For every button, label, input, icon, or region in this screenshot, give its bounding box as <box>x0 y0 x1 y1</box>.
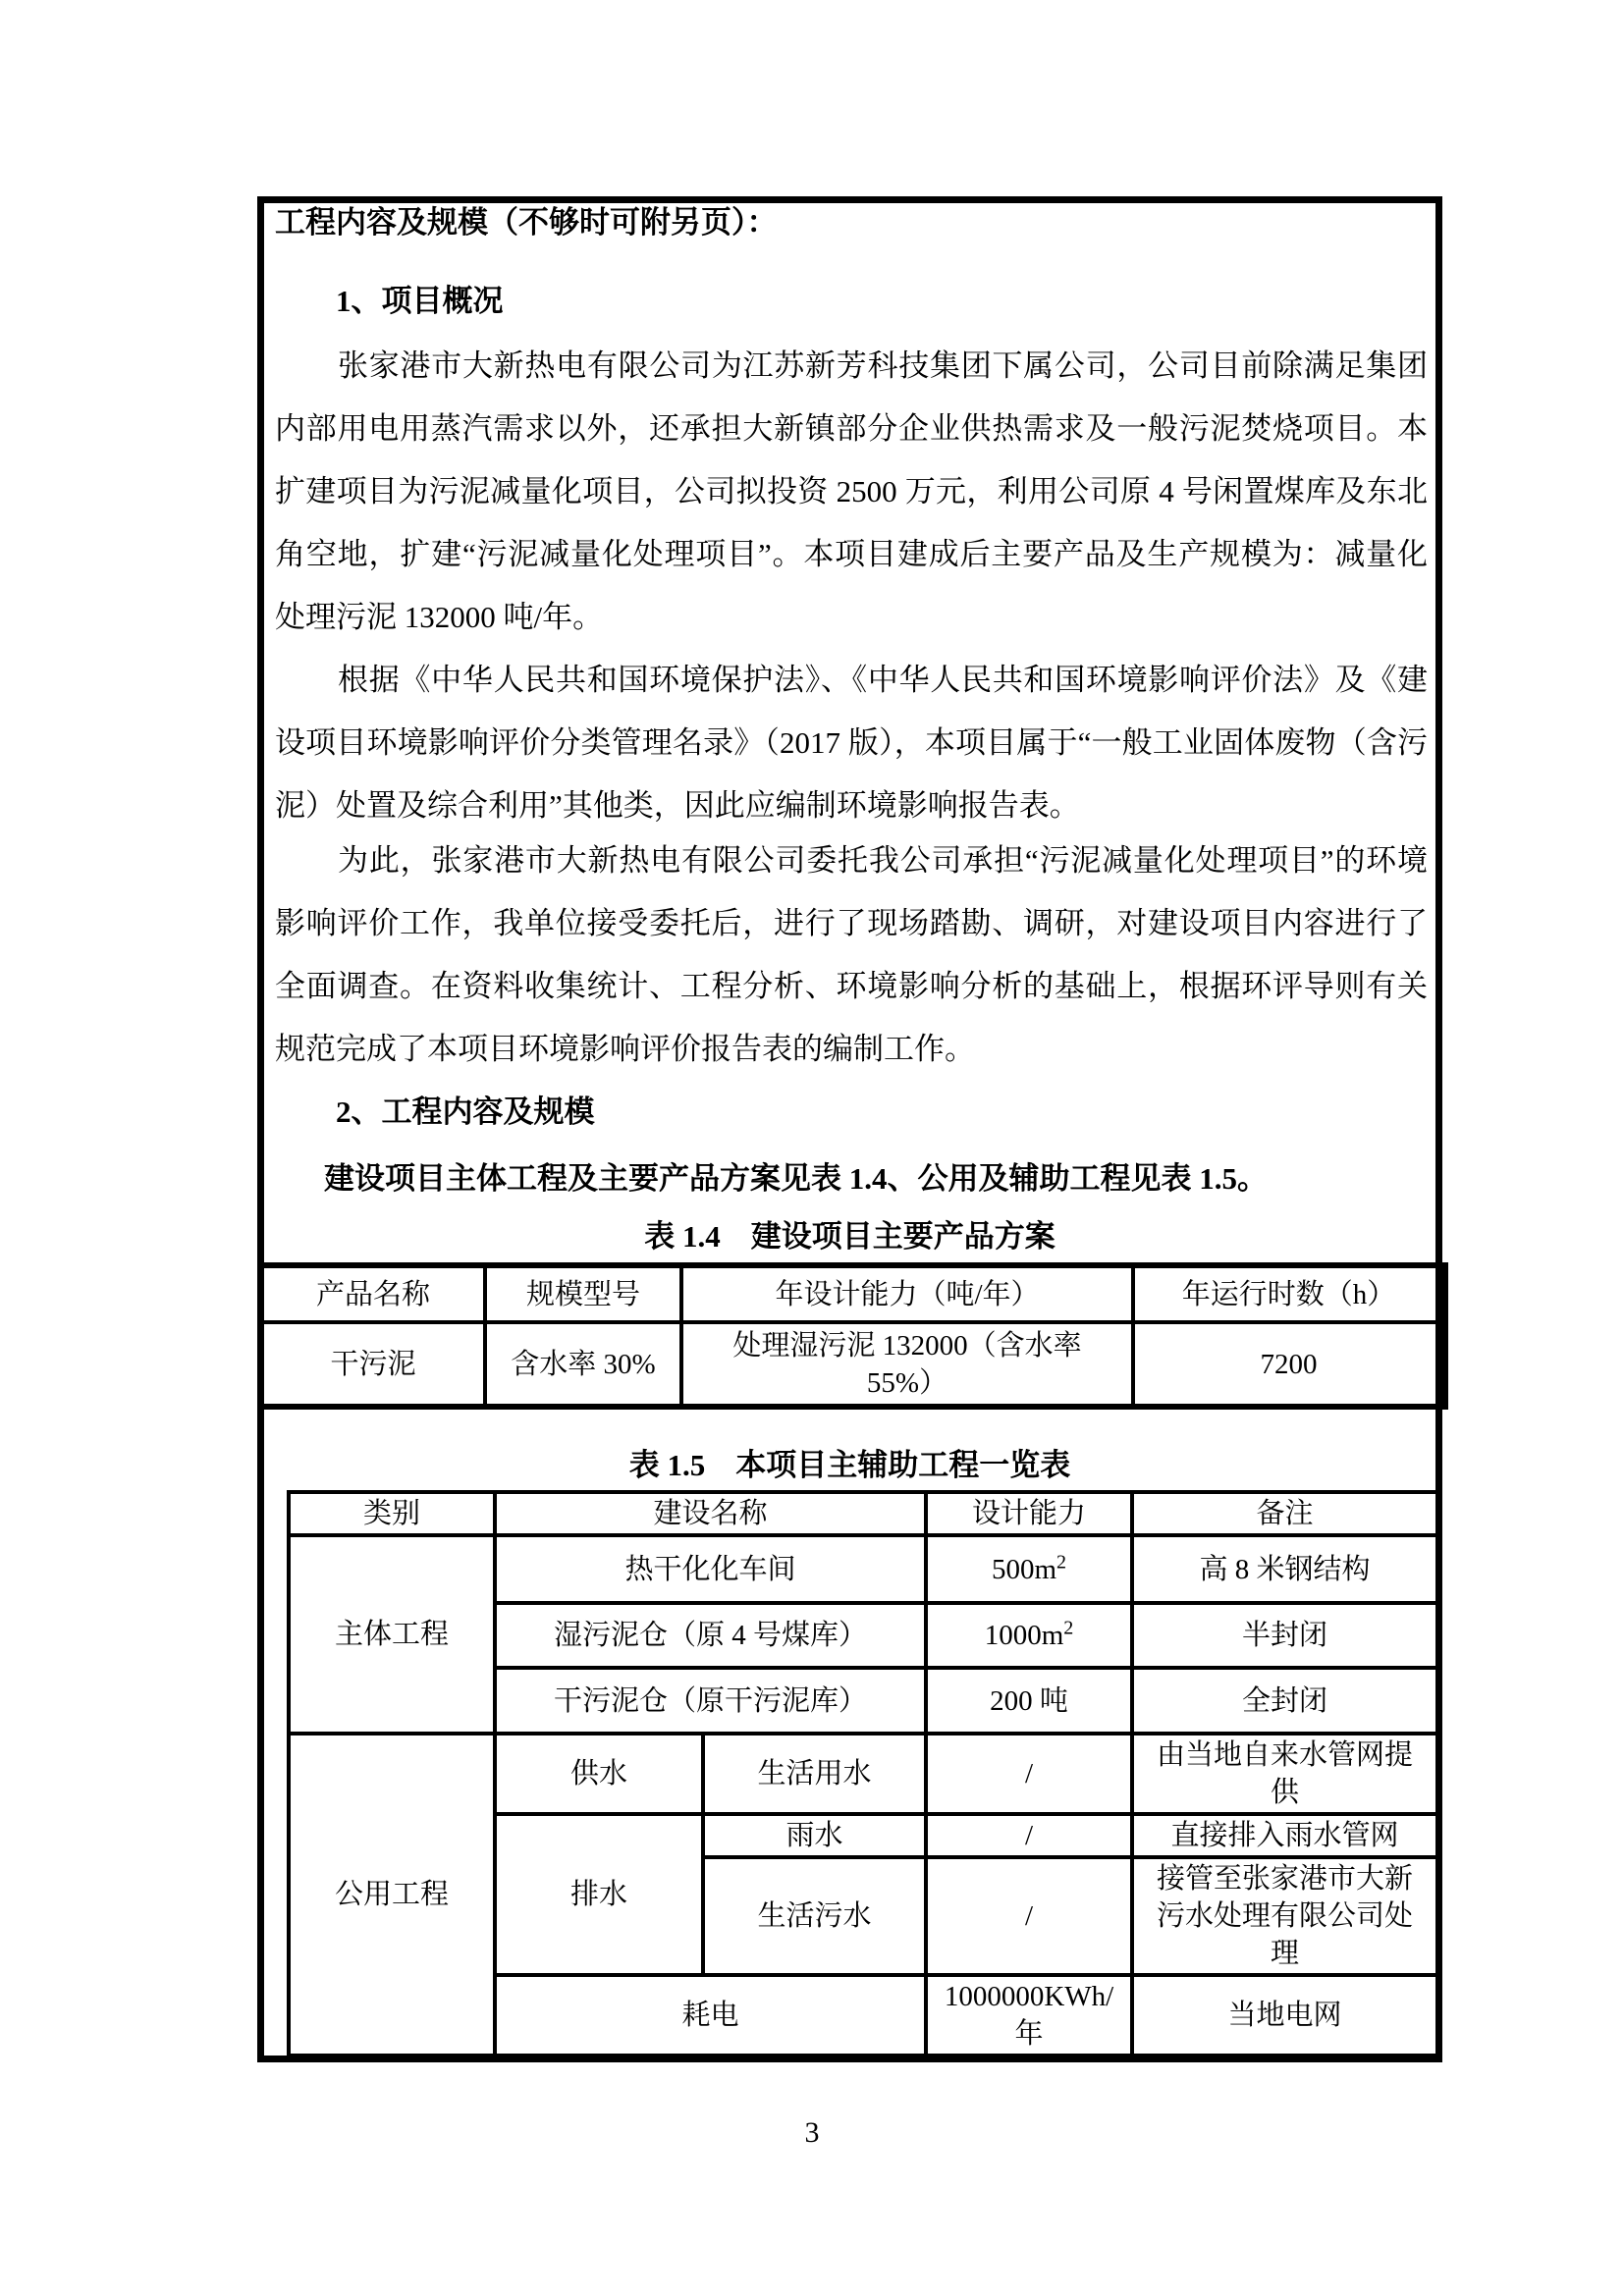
section2-intro: 建设项目主体工程及主要产品方案见表 1.4、公用及辅助工程见表 1.5。 <box>275 1158 1428 1200</box>
capacity-value: 1000m <box>985 1620 1064 1651</box>
table15-row-drying-workshop: 主体工程 热干化化车间 500m2 高 8 米钢结构 <box>289 1535 1437 1603</box>
t15-cell-wastewater-treatment: 废水处理 <box>495 2056 926 2056</box>
paragraph-project-overview-3: 为此，张家港市大新热电有限公司委托我公司承担“污泥减量化处理项目”的环境影响评价… <box>275 829 1428 1081</box>
t15-cell-dry-sludge-note: 全封闭 <box>1132 1668 1437 1734</box>
table15-row-env-works: 环保工程 废水处理 73475t/a 接管至张家港市大新 <box>289 2056 1437 2056</box>
t14-header-product-name: 产品名称 <box>260 1265 485 1322</box>
t15-header-design-capacity: 设计能力 <box>926 1492 1132 1535</box>
t15-header-remark: 备注 <box>1132 1492 1437 1535</box>
section1-heading: 1、项目概况 <box>336 281 504 322</box>
t15-cell-dry-sludge-capacity: 200 吨 <box>926 1668 1132 1734</box>
table14-caption: 表 1.4 建设项目主要产品方案 <box>257 1217 1442 1256</box>
t15-cell-power: 耗电 <box>495 1975 926 2056</box>
t15-cell-rainwater: 雨水 <box>703 1814 926 1857</box>
t15-cell-rainwater-capacity: / <box>926 1814 1132 1857</box>
table14-header-row: 产品名称 规模型号 年设计能力（吨/年） 年运行时数（h） <box>260 1265 1445 1322</box>
capacity-value: 500m <box>992 1554 1056 1585</box>
capacity-superscript: 2 <box>1063 1617 1073 1638</box>
t15-cell-water-supply-note: 由当地自来水管网提 供 <box>1132 1734 1437 1814</box>
paragraph-project-overview-1: 张家港市大新热电有限公司为江苏新芳科技集团下属公司，公司目前除满足集团内部用电用… <box>275 335 1428 649</box>
t15-cell-water-supply: 供水 <box>495 1734 703 1814</box>
t15-cell-sewage: 生活污水 <box>703 1857 926 1975</box>
t15-cell-drying-workshop-note: 高 8 米钢结构 <box>1132 1535 1437 1603</box>
t15-cell-wet-sludge-note: 半封闭 <box>1132 1603 1437 1668</box>
t15-cell-main-works-category: 主体工程 <box>289 1535 495 1734</box>
t15-cell-rainwater-note: 直接排入雨水管网 <box>1132 1814 1437 1857</box>
t15-cell-wastewater-note: 接管至张家港市大新 <box>1132 2056 1437 2056</box>
t15-cell-drying-workshop-name: 热干化化车间 <box>495 1535 926 1603</box>
t15-cell-drying-workshop-capacity: 500m2 <box>926 1535 1132 1603</box>
t15-cell-env-category: 环保工程 <box>289 2056 495 2056</box>
table14-data-row: 干污泥 含水率 30% 处理湿污泥 132000（含水率 55%） 7200 <box>260 1322 1445 1407</box>
t14-header-annual-capacity: 年设计能力（吨/年） <box>681 1265 1133 1322</box>
document-page: 工程内容及规模（不够时可附另页）： 1、项目概况 张家港市大新热电有限公司为江苏… <box>0 0 1624 2296</box>
t14-cell-capacity: 处理湿污泥 132000（含水率 55%） <box>681 1322 1133 1407</box>
t14-cell-hours: 7200 <box>1133 1322 1445 1407</box>
t14-cell-spec: 含水率 30% <box>485 1322 681 1407</box>
t15-cell-drainage: 排水 <box>495 1814 703 1975</box>
t15-cell-sewage-capacity: / <box>926 1857 1132 1975</box>
t14-cell-product: 干污泥 <box>260 1322 485 1407</box>
table15-row-water-supply: 公用工程 供水 生活用水 / 由当地自来水管网提 供 <box>289 1734 1437 1814</box>
t15-cell-wet-sludge-capacity: 1000m2 <box>926 1603 1132 1668</box>
table-1-4: 产品名称 规模型号 年设计能力（吨/年） 年运行时数（h） 干污泥 含水率 30… <box>257 1262 1448 1410</box>
t15-cell-power-capacity: 1000000KWh/ 年 <box>926 1975 1132 2056</box>
table-1-5-wrap: 类别 建设名称 设计能力 备注 主体工程 热干化化车间 500m2 高 8 米钢… <box>287 1490 1438 2056</box>
t15-cell-wastewater-capacity: 73475t/a <box>926 2056 1132 2056</box>
section2-heading: 2、工程内容及规模 <box>336 1092 595 1133</box>
t15-cell-dry-sludge-name: 干污泥仓（原干污泥库） <box>495 1668 926 1734</box>
t15-cell-utility-works-category: 公用工程 <box>289 1734 495 2056</box>
table15-caption: 表 1.5 本项目主辅助工程一览表 <box>257 1446 1442 1485</box>
paragraph-project-overview-2: 根据《中华人民共和国环境保护法》、《中华人民共和国环境影响评价法》及《建设项目环… <box>275 649 1428 837</box>
t15-header-construction-name: 建设名称 <box>495 1492 926 1535</box>
page-number: 3 <box>0 2116 1624 2150</box>
t15-cell-domestic-water: 生活用水 <box>703 1734 926 1814</box>
table-1-5: 类别 建设名称 设计能力 备注 主体工程 热干化化车间 500m2 高 8 米钢… <box>287 1490 1438 2056</box>
capacity-superscript: 2 <box>1056 1551 1066 1573</box>
t15-cell-power-note: 当地电网 <box>1132 1975 1437 2056</box>
t15-header-category: 类别 <box>289 1492 495 1535</box>
t15-cell-sewage-note: 接管至张家港市大新 污水处理有限公司处 理 <box>1132 1857 1437 1975</box>
table15-header-row: 类别 建设名称 设计能力 备注 <box>289 1492 1437 1535</box>
box-title: 工程内容及规模（不够时可附另页）： <box>275 202 1424 243</box>
t15-cell-wet-sludge-name: 湿污泥仓（原 4 号煤库） <box>495 1603 926 1668</box>
t15-cell-water-supply-capacity: / <box>926 1734 1132 1814</box>
t14-header-annual-hours: 年运行时数（h） <box>1133 1265 1445 1322</box>
t14-header-spec-model: 规模型号 <box>485 1265 681 1322</box>
